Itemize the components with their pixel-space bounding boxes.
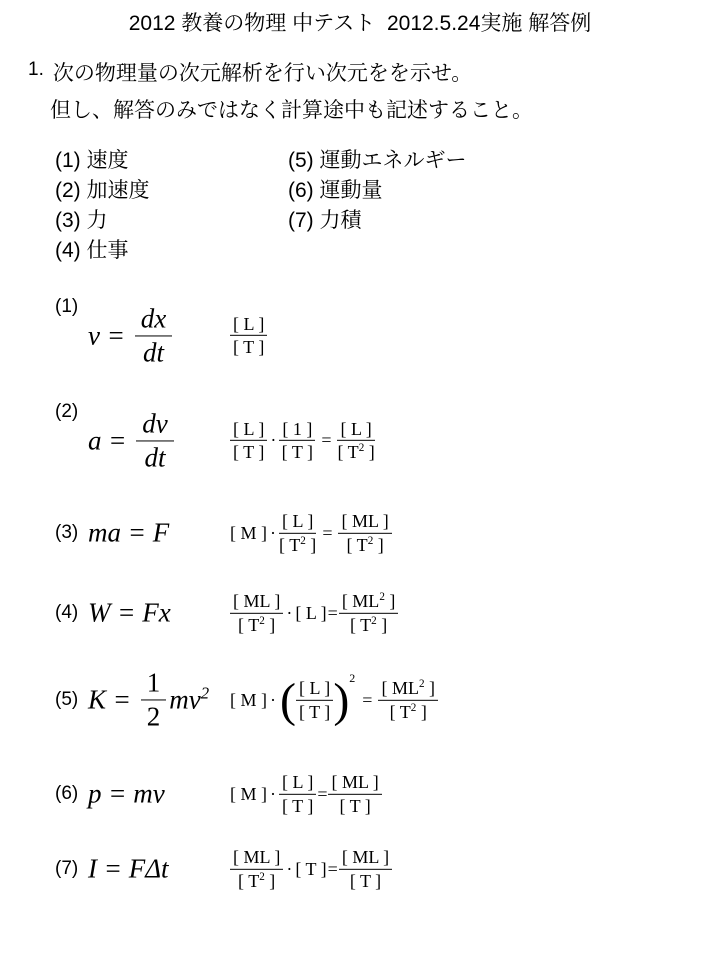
equation-row: (3)ma = F[ M ]·[ L ][ T2 ]=[ ML ][ T2 ] <box>0 500 720 566</box>
math-token-dfrac: [ ML ][ T ] <box>328 772 381 816</box>
math-token-txt: v = <box>88 320 132 351</box>
math-token-eqtight: = <box>328 603 338 624</box>
dimension-expression: [ L ][ T ] <box>230 313 267 357</box>
math-token-dfrac: [ 1 ][ T ] <box>279 418 315 462</box>
math-token-txt: W = Fx <box>88 598 171 629</box>
math-token-dfrac: [ ML ][ T ] <box>339 847 392 891</box>
math-token-dfrac: [ L ][ T ] <box>230 418 267 462</box>
list-item: (6) 運動量 <box>288 176 467 206</box>
dimension-expression: [ M ]·[ L ][ T ]=[ ML ][ T ] <box>230 772 382 816</box>
quantity-list-right: (5) 運動エネルギー(6) 運動量(7) 力積 <box>288 146 467 236</box>
math-token-dtxt: [ M ] <box>230 690 267 711</box>
dimension-expression: [ ML ][ T2 ]·[ T ]=[ ML ][ T ] <box>230 847 392 891</box>
dimension-expression: [ ML ][ T2 ]·[ L ]=[ ML2 ][ T2 ] <box>230 591 398 635</box>
math-token-dfrac: [ ML ][ T2 ] <box>230 847 283 891</box>
equation-row: (1)v = dxdt[ L ][ T ] <box>0 293 720 378</box>
math-token-dfrac: [ ML ][ T2 ] <box>338 511 391 555</box>
equation-label: (4) <box>55 602 78 624</box>
question-text: 次の物理量の次元解析を行い次元をを示せ。 <box>53 57 472 87</box>
formula-expression: K = 12mv2 <box>88 667 209 732</box>
list-item: (2) 加速度 <box>55 176 150 206</box>
math-token-dot: · <box>270 430 276 451</box>
math-token-dot: · <box>270 784 276 805</box>
math-token-dot: · <box>270 523 276 544</box>
formula-expression: a = dvdt <box>88 408 177 473</box>
formula-expression: v = dxdt <box>88 303 175 368</box>
formula-expression: W = Fx <box>88 598 171 629</box>
list-item: (1) 速度 <box>55 146 150 176</box>
math-token-dtxt: [ L ] <box>295 603 326 624</box>
formula-expression: ma = F <box>88 518 169 549</box>
math-token-dot: · <box>286 603 292 624</box>
question-line: 1. 次の物理量の次元解析を行い次元をを示せ。 <box>28 57 472 87</box>
list-item: (7) 力積 <box>288 206 467 236</box>
math-token-dot: · <box>286 859 292 880</box>
math-token-frac: 12 <box>141 667 167 732</box>
dimension-expression: [ M ]·[ L ][ T2 ]=[ ML ][ T2 ] <box>230 511 392 555</box>
equation-row: (6)p = mv[ M ]·[ L ][ T ]=[ ML ][ T ] <box>0 760 720 828</box>
math-token-dfrac: [ ML2 ][ T2 ] <box>378 678 438 722</box>
equation-label: (3) <box>55 522 78 544</box>
list-item: (5) 運動エネルギー <box>288 146 467 176</box>
list-item: (3) 力 <box>55 206 150 236</box>
formula-expression: p = mv <box>88 779 165 810</box>
math-token-dtxt: [ M ] <box>230 784 267 805</box>
math-token-txt: I = FΔt <box>88 854 169 885</box>
equation-label: (7) <box>55 858 78 880</box>
close-paren: ) <box>333 680 349 719</box>
math-token-txt: mv2 <box>169 685 209 716</box>
equation-row: (2)a = dvdt[ L ][ T ]·[ 1 ][ T ]=[ L ][ … <box>0 398 720 483</box>
math-token-txt: K = <box>88 685 138 716</box>
math-token-dtxt: [ T ] <box>295 859 326 880</box>
formula-expression: I = FΔt <box>88 854 169 885</box>
math-token-dtxt: [ M ] <box>230 523 267 544</box>
math-token-pfrac: ([ L ][ T ])2 <box>280 678 355 722</box>
math-token-txt: a = <box>88 425 133 456</box>
math-token-txt: p = mv <box>88 779 165 810</box>
math-token-dfrac: [ L ][ T ] <box>230 313 267 357</box>
question-number: 1. <box>28 57 44 87</box>
math-token-dfrac: [ ML2 ][ T2 ] <box>339 591 399 635</box>
math-token-dfrac: [ L ][ T2 ] <box>337 418 374 462</box>
dimension-expression: [ L ][ T ]·[ 1 ][ T ]=[ L ][ T2 ] <box>230 418 375 462</box>
math-token-dfrac: [ L ][ T ] <box>279 772 316 816</box>
equation-label: (6) <box>55 783 78 805</box>
math-token-txt: ma = F <box>88 518 169 549</box>
instruction-text: 但し、解答のみではなく計算途中も記述すること。 <box>50 94 533 124</box>
math-token-eqtight: = <box>317 784 327 805</box>
quantity-list-left: (1) 速度(2) 加速度(3) 力(4) 仕事 <box>55 146 150 266</box>
math-token-frac: dvdt <box>136 408 173 473</box>
math-token-dot: · <box>270 690 276 711</box>
math-token-dfrac: [ L ][ T2 ] <box>279 511 316 555</box>
equation-label: (5) <box>55 689 78 711</box>
page-title: 2012 教養の物理 中テスト 2012.5.24実施 解答例 <box>0 7 720 37</box>
math-token-dfrac: [ ML ][ T2 ] <box>230 591 283 635</box>
list-item: (4) 仕事 <box>55 236 150 266</box>
equation-row: (4)W = Fx[ ML ][ T2 ]·[ L ]=[ ML2 ][ T2 … <box>0 580 720 646</box>
math-token-frac: dxdt <box>135 303 172 368</box>
math-token-eqtight: = <box>328 859 338 880</box>
math-token-eq: = <box>322 523 332 544</box>
dimension-expression: [ M ]·([ L ][ T ])2=[ ML2 ][ T2 ] <box>230 678 438 722</box>
equation-label: (2) <box>55 401 78 423</box>
math-token-eq: = <box>362 690 372 711</box>
equation-row: (5)K = 12mv2[ M ]·([ L ][ T ])2=[ ML2 ][… <box>0 658 720 742</box>
equation-row: (7)I = FΔt[ ML ][ T2 ]·[ T ]=[ ML ][ T ] <box>0 835 720 903</box>
open-paren: ( <box>280 680 296 719</box>
math-token-eq: = <box>321 430 331 451</box>
equation-label: (1) <box>55 296 78 318</box>
